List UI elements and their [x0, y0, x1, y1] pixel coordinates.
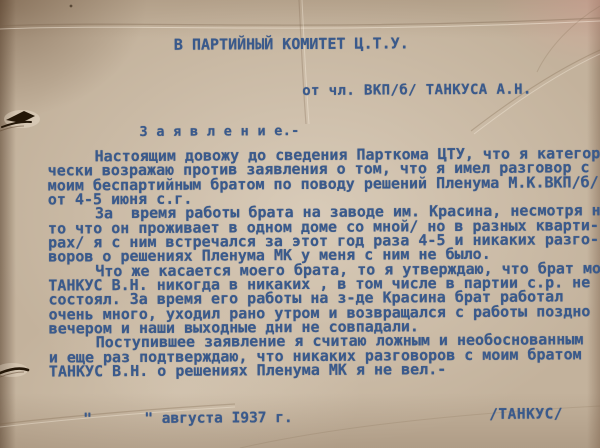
sender-line: от чл. ВКП/б/ ТАНКУСА А.Н. [302, 83, 532, 99]
addressee-line: В ПАРТИЙНЫЙ КОМИТЕТ Ц.Т.У. [174, 36, 409, 52]
document-photo: В ПАРТИЙНЫЙ КОМИТЕТ Ц.Т.У. от чл. ВКП/б/… [0, 0, 600, 448]
date-line: " " августа I937 г. [83, 411, 293, 427]
document-title: З а я в л е н и е.- [139, 124, 299, 139]
typewritten-letter: В ПАРТИЙНЫЙ КОМИТЕТ Ц.Т.У. от чл. ВКП/б/… [0, 0, 600, 448]
letter-body: Настоящим довожу до сведения Парткома ЦТ… [0, 146, 600, 380]
signature: /ТАНКУС/ [489, 407, 563, 422]
